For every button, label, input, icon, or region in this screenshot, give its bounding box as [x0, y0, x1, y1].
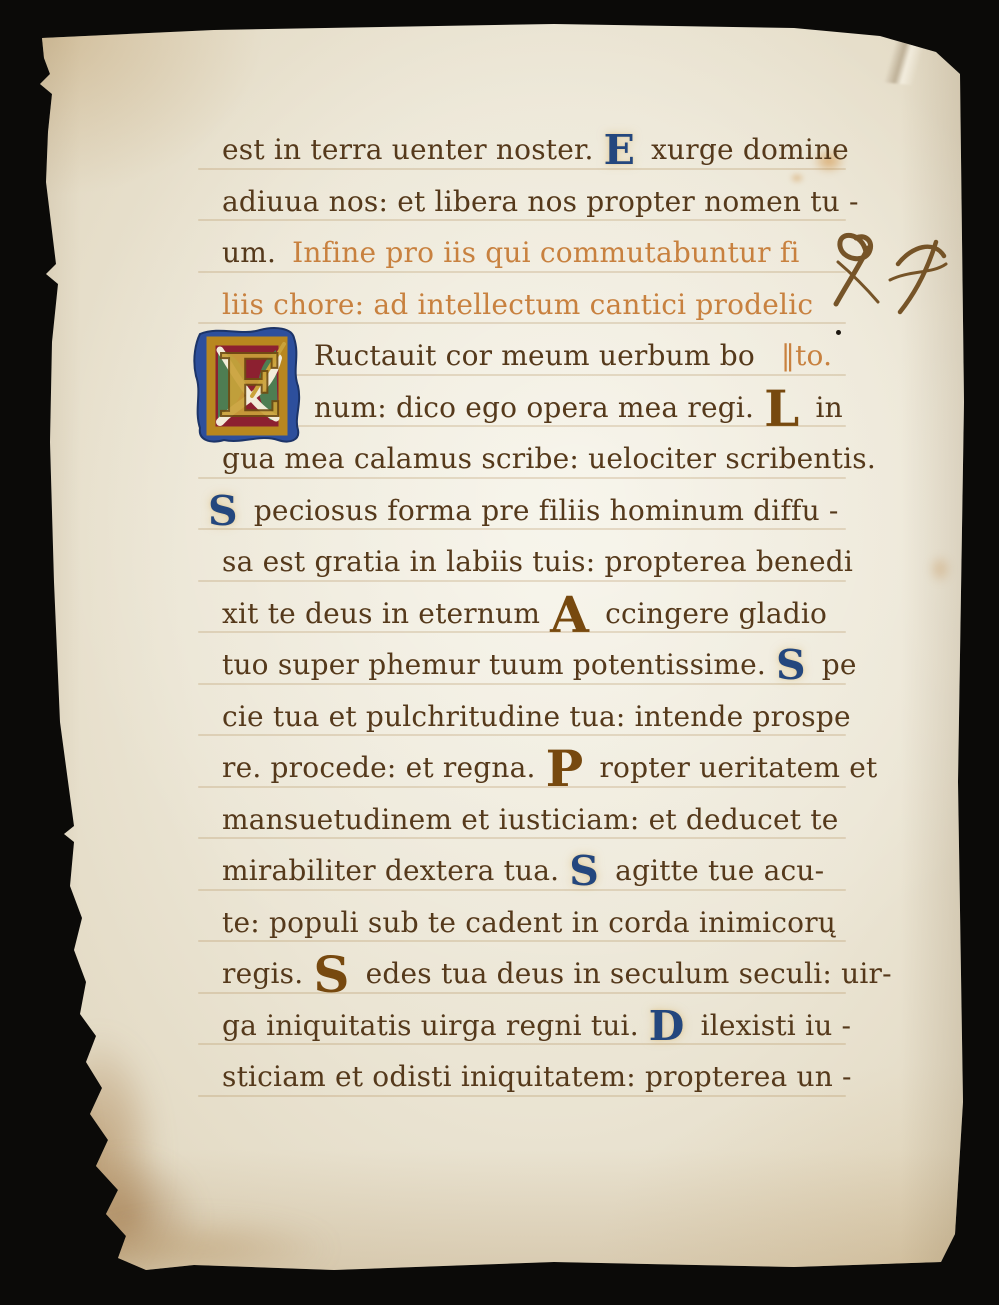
stain-right-edge	[928, 554, 952, 584]
photograph-background: est in terra uenter noster.Exurge domine…	[0, 0, 999, 1305]
corner-crease	[837, 22, 966, 91]
illuminated-letter: E	[217, 336, 283, 437]
manuscript-text-line: um.Infine pro iis qui commutabuntur fi	[196, 227, 872, 279]
rubric-text: Infine pro iis qui commutabuntur fi	[292, 236, 799, 269]
manuscript-text-line: sticiam et odisti iniquitatem: propterea…	[196, 1051, 872, 1103]
body-text: ccingere gladio	[605, 597, 827, 630]
manuscript-text-line: ga iniquitatis uirga regni tui.Dilexisti…	[196, 1000, 872, 1052]
body-text: mansuetudinem et iusticiam: et deducet t…	[222, 803, 839, 836]
body-text: Ructauit cor meum uerbum bo	[314, 339, 755, 372]
manuscript-text-line: Speciosus forma pre filiis hominum diffu…	[196, 485, 872, 537]
manuscript-text-line: mansuetudinem et iusticiam: et deducet t…	[196, 794, 872, 846]
body-text: adiuua nos: et libera nos propter nomen …	[222, 185, 859, 218]
manuscript-text-line: sa est gratia in labiis tuis: propterea …	[196, 536, 872, 588]
rubric-text: ‖to.	[781, 339, 832, 372]
rubric-text: liis chore: ad intellectum cantici prode…	[222, 288, 813, 321]
illuminated-initial-artwork: E	[190, 326, 302, 444]
body-text: sa est gratia in labiis tuis: propterea …	[222, 545, 853, 578]
body-text: ga iniquitatis uirga regni tui.	[222, 1009, 639, 1042]
illuminated-initial-E: E	[190, 326, 302, 444]
body-text: te: populi sub te cadent in corda inimic…	[222, 906, 836, 939]
body-text: tuo super phemur tuum potentissime.	[222, 648, 766, 681]
manuscript-text-line: liis chore: ad intellectum cantici prode…	[196, 279, 872, 331]
body-text: um.	[222, 236, 276, 269]
body-text: cie tua et pulchritudine tua: intende pr…	[222, 700, 851, 733]
body-text: xurge domine	[651, 133, 849, 166]
body-text: gua mea calamus scribe: uelociter scribe…	[222, 442, 876, 475]
body-text: agitte tue acu-	[615, 854, 824, 887]
manuscript-text-line: mirabiliter dextera tua.Sagitte tue acu-	[196, 845, 872, 897]
stain-bottom-left	[40, 1032, 160, 1282]
body-text: num: dico ego opera mea regi.	[314, 391, 754, 424]
manuscript-text-line: regis.Sedes tua deus in seculum seculi: …	[196, 948, 872, 1000]
body-text: re. procede: et regna.	[222, 751, 536, 784]
stain-left-edge	[62, 1072, 98, 1287]
manuscript-text-line: est in terra uenter noster.Exurge domine	[196, 124, 872, 176]
body-text: ilexisti iu -	[701, 1009, 852, 1042]
manuscript-text-line: te: populi sub te cadent in corda inimic…	[196, 897, 872, 949]
body-text: ropter ueritatem et	[599, 751, 877, 784]
manuscript-text-line: xit te deus in eternumAccingere gladio	[196, 588, 872, 640]
text-block: est in terra uenter noster.Exurge domine…	[196, 124, 872, 1103]
body-text: xit te deus in eternum	[222, 597, 540, 630]
body-text: in	[815, 391, 842, 424]
body-text: regis.	[222, 957, 303, 990]
manuscript-text-line: tuo super phemur tuum potentissime.Spe	[196, 639, 872, 691]
body-text: sticiam et odisti iniquitatem: propterea…	[222, 1060, 852, 1093]
stain-bottom-left	[52, 1152, 202, 1282]
manuscript-text-line: re. procede: et regna.Propter ueritatem …	[196, 742, 872, 794]
manuscript-text-line: adiuua nos: et libera nos propter nomen …	[196, 176, 872, 228]
body-text: mirabiliter dextera tua.	[222, 854, 559, 887]
body-text: peciosus forma pre filiis hominum diffu …	[254, 494, 839, 527]
stain-bottom-edge	[74, 1217, 334, 1279]
body-text: pe	[822, 648, 857, 681]
body-text: edes tua deus in seculum seculi: uir-	[366, 957, 892, 990]
body-text: est in terra uenter noster.	[222, 133, 594, 166]
ink-speck	[836, 330, 841, 335]
pen-trial-marks-icon	[828, 218, 958, 323]
manuscript-text-line: cie tua et pulchritudine tua: intende pr…	[196, 691, 872, 743]
